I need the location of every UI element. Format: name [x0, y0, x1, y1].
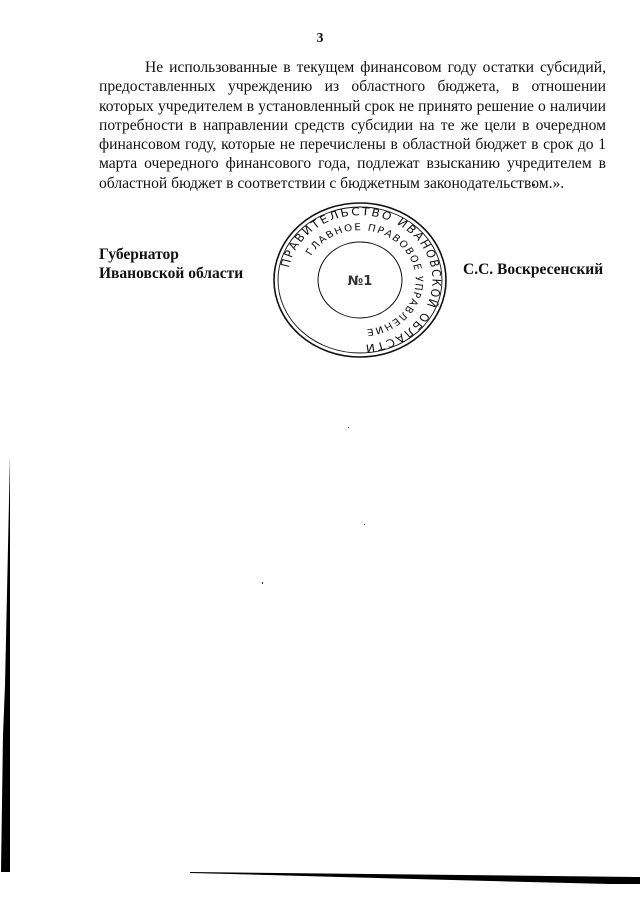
body-text: Не использованные в текущем финансовом г… — [99, 58, 606, 193]
seal-center-text: №1 — [348, 274, 373, 289]
official-seal-icon: ПРАВИТЕЛЬСТВО ИВАНОВСКОЙ ОБЛАСТИ ГЛАВНОЕ… — [272, 201, 448, 359]
scan-edge-shadow — [1, 455, 10, 872]
signatory-name: С.С. Воскресенский — [463, 260, 603, 279]
page-number: 3 — [0, 31, 640, 47]
paragraph: Не использованные в текущем финансовом г… — [99, 58, 606, 193]
scan-speck — [364, 524, 365, 525]
scan-edge-line — [190, 868, 640, 884]
signatory-position: Губернатор Ивановской области — [99, 245, 243, 283]
scan-speck — [348, 427, 349, 428]
signatory-position-line1: Губернатор — [99, 245, 243, 264]
scan-speck — [262, 582, 263, 584]
signatory-position-line2: Ивановской области — [99, 264, 243, 283]
scan-speck — [533, 184, 535, 186]
